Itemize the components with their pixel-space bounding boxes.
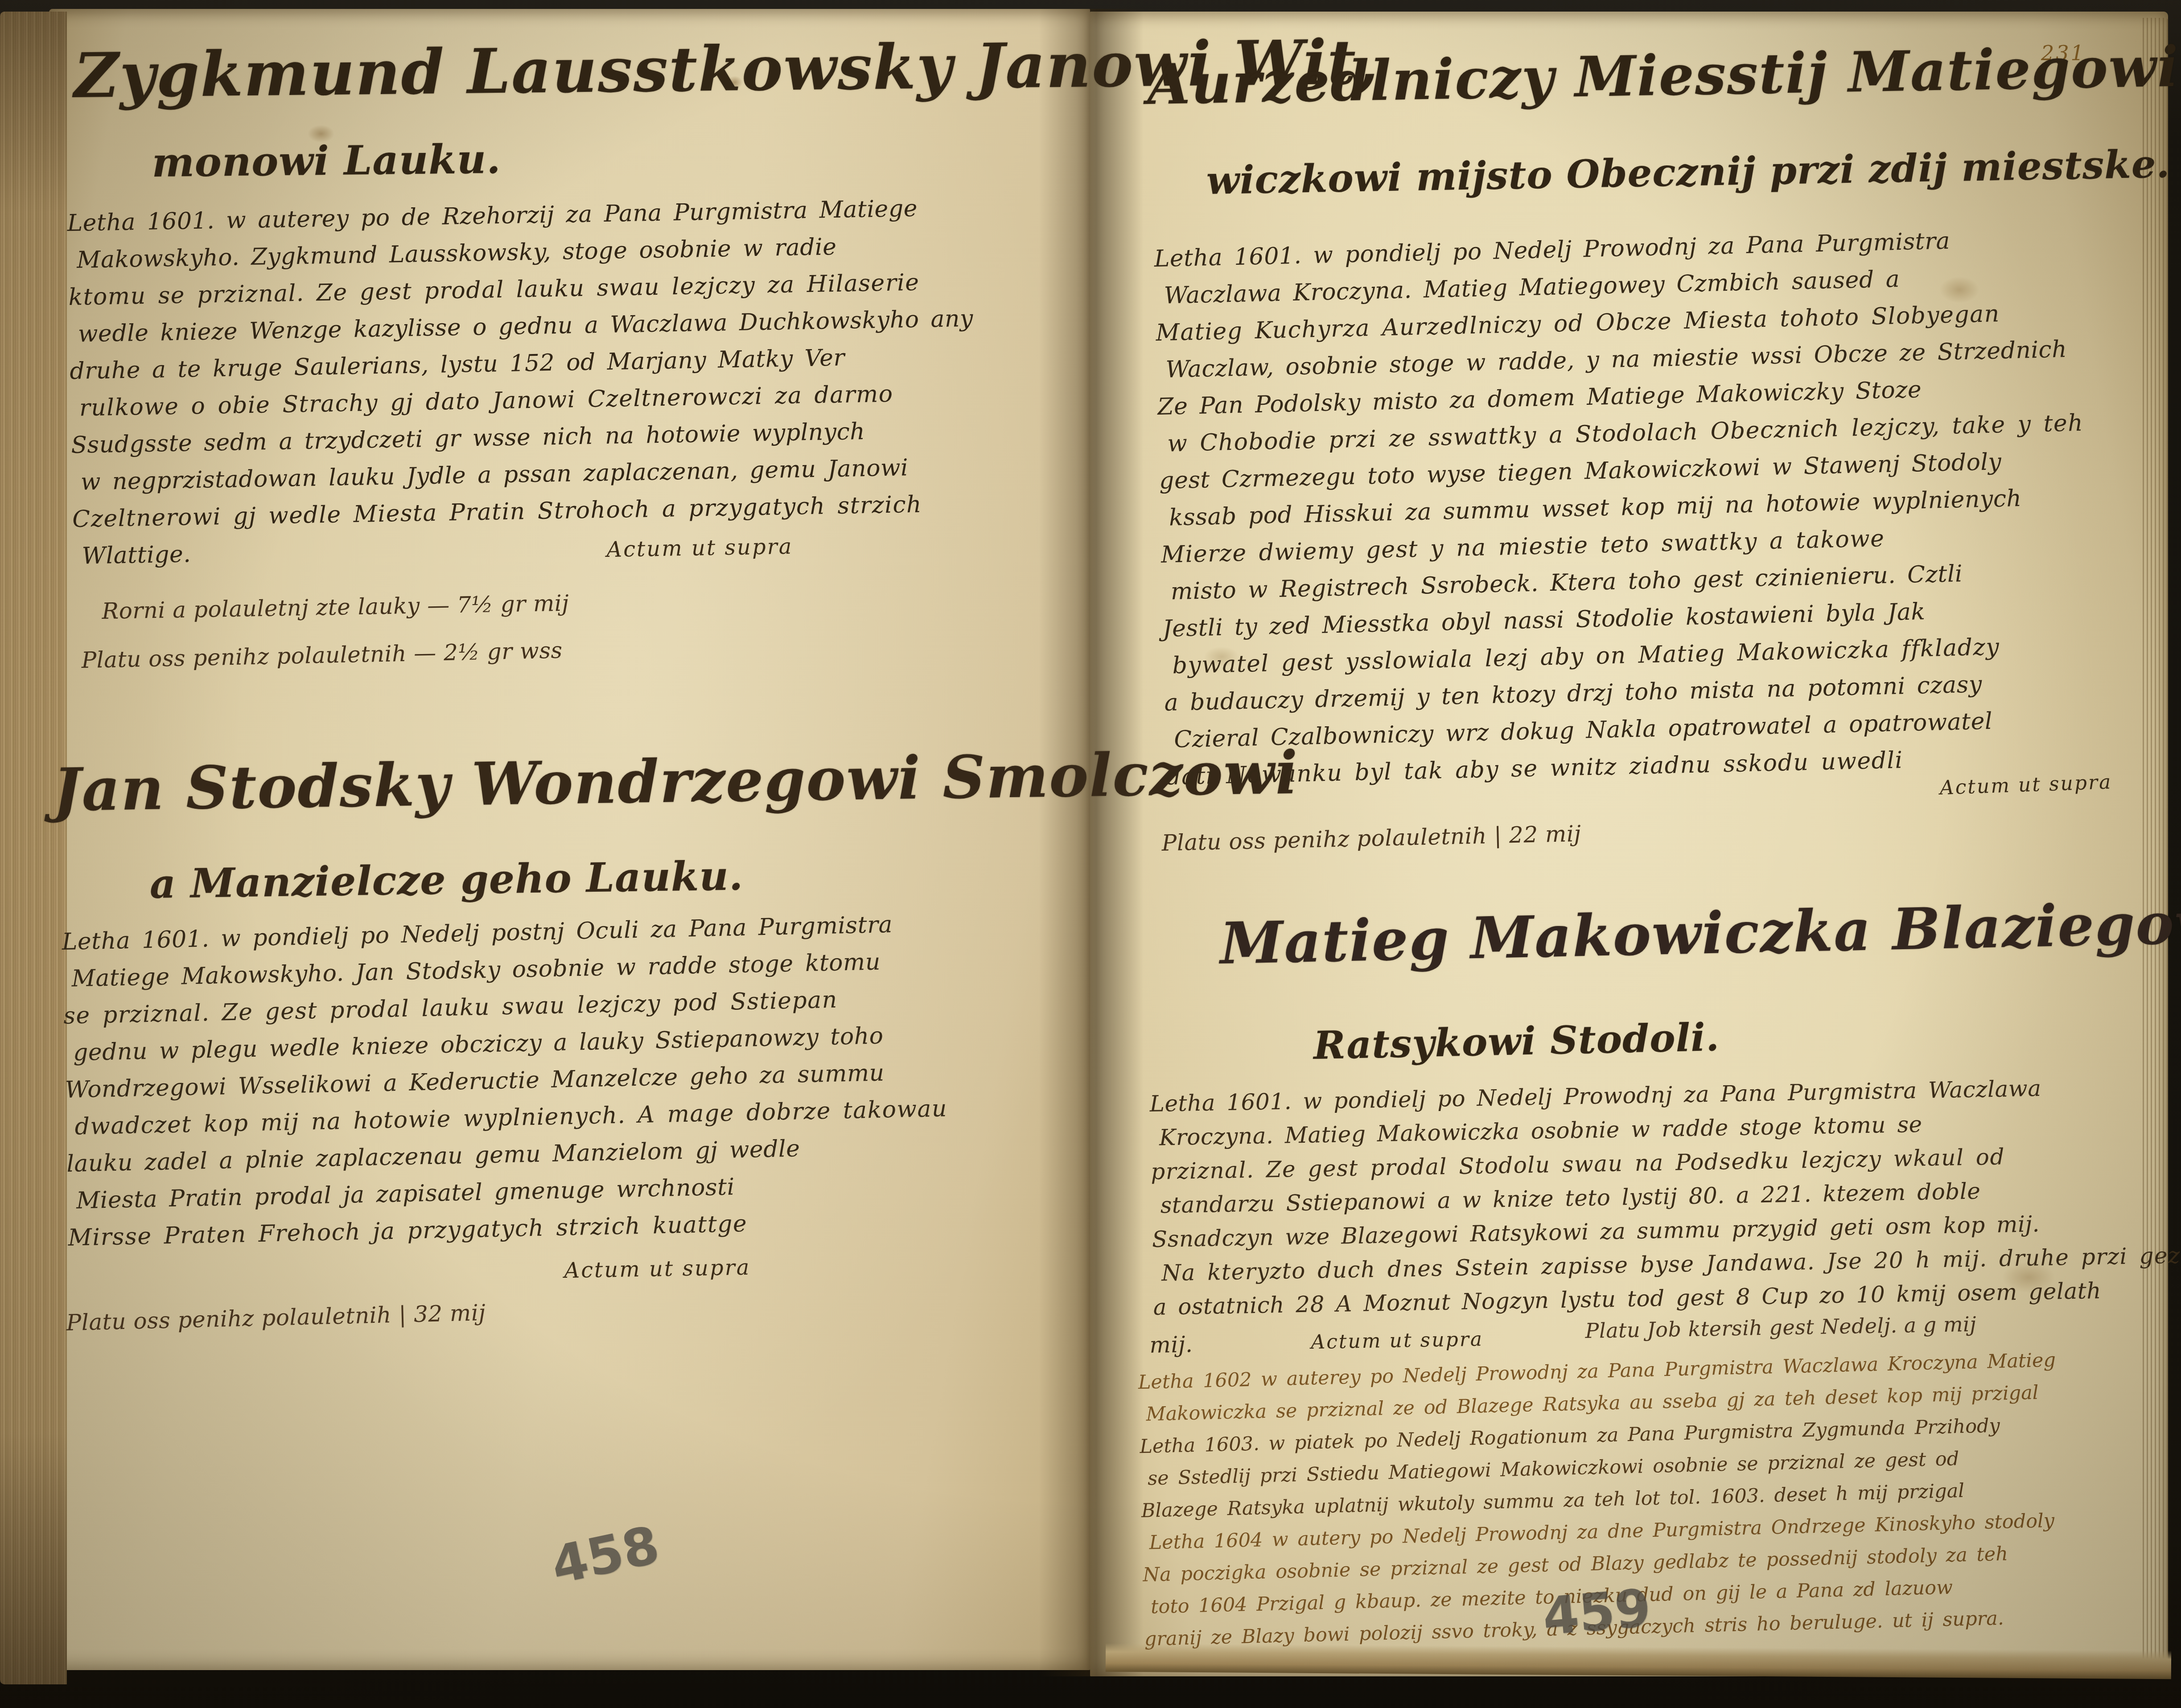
right-entry2-body: Letha 1601. w pondielj po Nedelj Prowodn… bbox=[1149, 1069, 2172, 1324]
book-fore-edge bbox=[0, 12, 67, 1684]
right-addenda: Letha 1602 w auterey po Nedelj Prowodnj … bbox=[1138, 1341, 2181, 1655]
manuscript-photo: { "left_page": { "pencil_page_number": "… bbox=[0, 0, 2181, 1708]
right-pencil-page-number: 459 bbox=[1540, 1578, 1653, 1647]
left-entry1-heading-line2: monowi Lauku. bbox=[152, 136, 501, 186]
left-entry1-body: Letha 1601. w auterey po de Rzehorzij za… bbox=[67, 188, 1074, 575]
left-entry2-heading-line2: a Manzielcze geho Lauku. bbox=[149, 852, 744, 908]
left-entry2-body: Letha 1601. w pondielj po Nedelj postnj … bbox=[62, 903, 1067, 1257]
left-entry1-actum: Actum ut supra bbox=[606, 534, 793, 562]
right-entry2-actum: Actum ut supra bbox=[1311, 1328, 1483, 1354]
left-entry2-actum: Actum ut supra bbox=[564, 1255, 751, 1283]
right-entry1-body: Letha 1601. w pondielj po Nedelj Prowodn… bbox=[1154, 218, 2176, 796]
right-entry2-heading-line2: Ratsykowi Stodoli. bbox=[1313, 1015, 1720, 1068]
right-entry2-tail: mij. bbox=[1149, 1331, 1193, 1358]
